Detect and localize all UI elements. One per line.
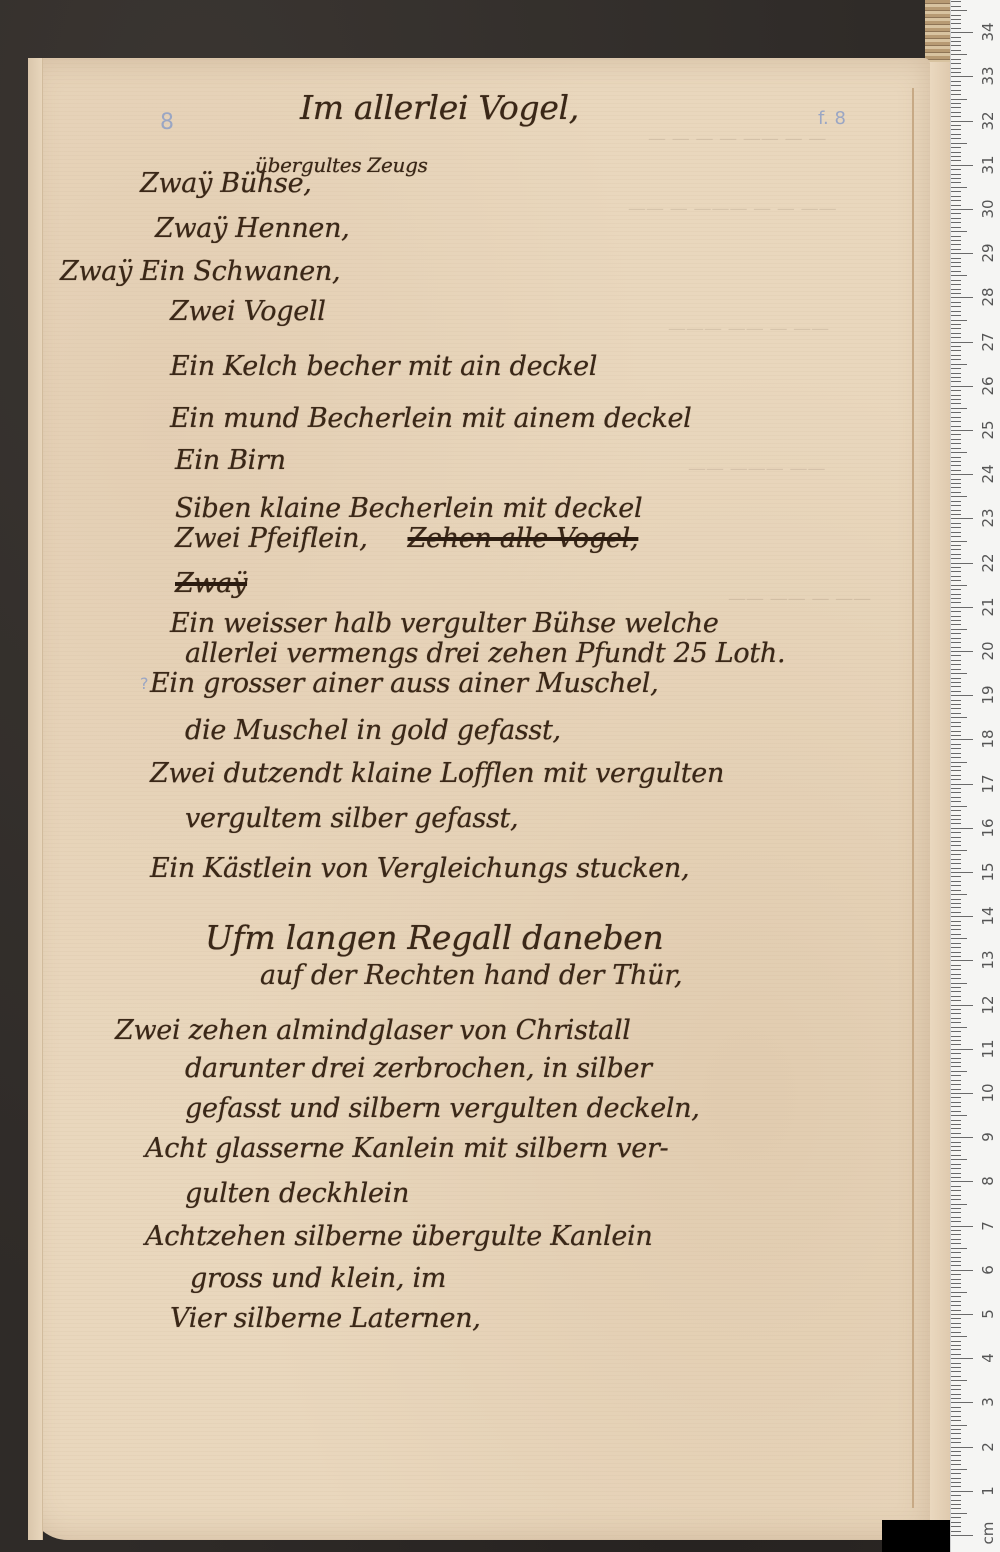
line-text: Ein weisser halb vergulter Bühse welche [170, 608, 719, 639]
manuscript-line: Achtzehen silberne übergulte Kanlein [145, 1221, 652, 1252]
ruler-tick [951, 6, 961, 7]
ruler-tick [951, 726, 961, 727]
ruler-number: 15 [976, 859, 1000, 885]
ruler-tick [951, 863, 961, 864]
ruler-tick [951, 107, 961, 108]
ruler-tick [951, 647, 961, 648]
ruler-tick [951, 1208, 961, 1209]
ruler-tick [951, 200, 961, 201]
ruler-tick [951, 191, 961, 192]
ruler-tick [951, 1071, 967, 1072]
ruler-tick [951, 1407, 961, 1408]
line-text: Acht glasserne Kanlein mit silbern ver- [145, 1133, 668, 1164]
ruler-tick [951, 76, 973, 77]
ruler-tick [951, 916, 973, 917]
manuscript-line: Ein weisser halb vergulter Bühse welche [170, 608, 719, 639]
ruler-tick [951, 585, 967, 586]
ruler-tick [951, 439, 961, 440]
ruler-tick [951, 426, 961, 427]
ruler-tick [951, 1292, 967, 1293]
ruler-tick [951, 1341, 961, 1342]
ruler-tick [951, 1522, 961, 1523]
ruler-tick [951, 1420, 961, 1421]
line-text: Ein Birn [175, 445, 286, 476]
ruler-tick [951, 1204, 967, 1205]
bleed-through-text: —— — ——— — — —— [628, 198, 837, 219]
ruler-number: 7 [976, 1213, 1000, 1239]
ruler-tick [951, 1473, 961, 1474]
ruler-tick [951, 1009, 961, 1010]
ruler-tick [951, 342, 973, 343]
ruler-tick [951, 1248, 967, 1249]
bleed-through-text: —— —— — —— [728, 588, 871, 609]
ruler-tick [951, 28, 961, 29]
page-fold-line [912, 88, 914, 1508]
ruler-tick [951, 152, 961, 153]
ruler-number: 34 [976, 19, 1000, 45]
ruler-tick [951, 1270, 973, 1271]
line-text: Zwei dutzendt klaine Lofflen mit vergult… [150, 758, 724, 789]
ruler-tick [951, 1111, 961, 1112]
ruler-tick [951, 1349, 961, 1350]
ruler-tick [951, 616, 961, 617]
ruler-tick [951, 766, 961, 767]
manuscript-line: Vier silberne Laternen, [170, 1303, 481, 1334]
manuscript-line: gefasst und silbern vergulten deckeln, [185, 1093, 700, 1124]
line-text: vergultem silber gefasst, [185, 803, 518, 834]
ruler-number: 14 [976, 903, 1000, 929]
ruler-tick [951, 1478, 961, 1479]
ruler-tick [951, 81, 961, 82]
ruler-tick [951, 1226, 973, 1227]
line-text: gulten deckhlein [185, 1178, 409, 1209]
ruler-tick [951, 876, 961, 877]
ruler-tick [951, 700, 961, 701]
manuscript-line: auf der Rechten hand der Thür, [260, 960, 682, 991]
ruler-tick [951, 633, 961, 634]
ruler-tick [951, 505, 961, 506]
ruler-tick [951, 328, 961, 329]
ruler-tick [951, 54, 967, 55]
ruler-tick [951, 1150, 961, 1151]
ruler-tick [951, 770, 961, 771]
ruler-tick [951, 359, 961, 360]
ruler-tick [951, 403, 961, 404]
ruler-tick [951, 934, 961, 935]
ruler-tick [951, 293, 961, 294]
ruler-tick [951, 479, 961, 480]
ruler-tick [951, 527, 961, 528]
ruler-tick [951, 302, 961, 303]
ruler-tick [951, 297, 973, 298]
ruler-tick [951, 262, 961, 263]
ruler-tick [951, 1314, 973, 1315]
ruler-tick [951, 470, 961, 471]
ruler-tick [951, 1261, 961, 1262]
ruler-tick [951, 1265, 961, 1266]
ruler-tick [951, 549, 961, 550]
ruler-tick [951, 1495, 961, 1496]
ruler-tick [951, 753, 961, 754]
ruler-tick [951, 563, 973, 564]
ruler-tick [951, 275, 967, 276]
ruler-tick [951, 1106, 961, 1107]
ruler-tick [951, 143, 967, 144]
line-text: Ein Kelch becher mit ain deckel [170, 351, 597, 382]
ruler-tick [951, 859, 961, 860]
ruler-tick [951, 779, 961, 780]
ruler-tick [951, 1243, 961, 1244]
manuscript-line: Zwei Pfeiflein,Zehen alle Vogel, [175, 523, 638, 554]
ruler-tick [951, 461, 961, 462]
line-text: Zwei Vogell [170, 296, 326, 327]
ruler-tick [951, 37, 961, 38]
ruler-tick [951, 1013, 961, 1014]
ruler-tick [951, 103, 961, 104]
ruler-tick [951, 1504, 961, 1505]
ruler-tick [951, 651, 973, 652]
ruler-tick [951, 1336, 967, 1337]
ruler-tick [951, 15, 961, 16]
ruler-tick [951, 289, 961, 290]
ruler-tick [951, 1102, 961, 1103]
ruler-tick [951, 1318, 961, 1319]
ruler-tick [951, 1469, 967, 1470]
ruler-tick [951, 558, 961, 559]
ruler-tick [951, 921, 961, 922]
ruler-tick [951, 1124, 961, 1125]
line-text: darunter drei zerbrochen, in silber [185, 1053, 652, 1084]
ruler-tick [951, 965, 961, 966]
line-text: Vier silberne Laternen, [170, 1303, 481, 1334]
ruler-tick [951, 434, 961, 435]
ruler-tick [951, 1230, 961, 1231]
ruler-tick [951, 1005, 973, 1006]
ruler-tick [951, 1283, 961, 1284]
ruler-tick [951, 510, 961, 511]
ruler-tick [951, 377, 961, 378]
ruler-tick [951, 1455, 961, 1456]
ruler-tick [951, 1089, 961, 1090]
ruler-tick [951, 810, 961, 811]
ruler-tick [951, 90, 961, 91]
ruler-tick [951, 686, 961, 687]
ruler-tick [951, 227, 961, 228]
ruler-tick [951, 682, 961, 683]
ruler-tick [951, 1464, 961, 1465]
ruler-tick [951, 169, 961, 170]
ruler-tick [951, 1133, 961, 1134]
ruler-tick [951, 598, 961, 599]
ruler-tick [951, 430, 973, 431]
ruler-tick [951, 187, 967, 188]
ruler-tick [951, 1535, 973, 1536]
pencil-folio-mark: 8 [160, 110, 174, 135]
ruler-tick [951, 452, 967, 453]
ruler-tick [951, 1115, 967, 1116]
ruler-tick [951, 10, 967, 11]
ruler-tick [951, 514, 961, 515]
ruler-tick [951, 1142, 961, 1143]
ruler-tick [951, 271, 961, 272]
ruler-tick [951, 735, 961, 736]
measurement-ruler: cm 1234567891011121314151617181920212223… [950, 0, 1000, 1552]
ruler-tick [951, 1212, 961, 1213]
ruler-tick [951, 1062, 961, 1063]
ruler-tick [951, 417, 961, 418]
ruler-tick [951, 748, 961, 749]
ruler-tick [951, 541, 967, 542]
ruler-tick [951, 1279, 961, 1280]
ruler-tick [951, 894, 967, 895]
ruler-tick [951, 1429, 961, 1430]
ruler-tick [951, 1049, 973, 1050]
ruler-tick [951, 1137, 973, 1138]
ruler-tick [951, 841, 961, 842]
manuscript-line: Acht glasserne Kanlein mit silbern ver- [145, 1133, 668, 1164]
ruler-tick [951, 1058, 961, 1059]
ruler-tick [951, 1301, 961, 1302]
ruler-tick [951, 854, 961, 855]
ruler-tick [951, 881, 961, 882]
ruler-number: 12 [976, 992, 1000, 1018]
ruler-tick [951, 249, 961, 250]
ruler-tick [951, 1398, 961, 1399]
ruler-tick [951, 806, 967, 807]
ruler-tick [951, 960, 973, 961]
ruler-tick [951, 1084, 961, 1085]
line-text: Ufm langen Regall daneben [205, 918, 663, 957]
ruler-tick [951, 258, 961, 259]
ruler-tick [951, 1036, 961, 1037]
line-text: Ein Kästlein von Vergleichungs stucken, [150, 853, 689, 884]
ruler-number: 29 [976, 240, 1000, 266]
bleed-through-text: ——— —— — —— [668, 318, 829, 339]
ruler-tick [951, 315, 961, 316]
ruler-number: 28 [976, 284, 1000, 310]
ruler-tick [951, 412, 961, 413]
ruler-tick [951, 1460, 961, 1461]
ruler-number: 32 [976, 108, 1000, 134]
ruler-tick [951, 638, 961, 639]
ruler-tick [951, 739, 973, 740]
ruler-tick [951, 518, 973, 519]
ruler-tick [951, 72, 961, 73]
ruler-tick [951, 1177, 961, 1178]
ruler-tick [951, 845, 961, 846]
line-text: Zwaÿ Hennen, [155, 213, 349, 244]
ruler-number: 17 [976, 771, 1000, 797]
ruler-tick [951, 112, 961, 113]
ruler-tick [951, 788, 961, 789]
ruler-tick [951, 32, 973, 33]
ruler-tick [951, 196, 961, 197]
ruler-tick [951, 607, 973, 608]
ruler-tick [951, 903, 961, 904]
ruler-tick [951, 1097, 961, 1098]
ruler-tick [951, 1075, 961, 1076]
ruler-tick [951, 121, 973, 122]
ruler-tick [951, 1447, 973, 1448]
ruler-tick [951, 885, 961, 886]
ruler-tick [951, 602, 961, 603]
manuscript-line: die Muschel in gold gefasst, [185, 715, 561, 746]
ruler-tick [951, 205, 961, 206]
ruler-tick [951, 629, 967, 630]
ruler-tick [951, 85, 961, 86]
ruler-tick [951, 284, 961, 285]
ruler-tick [951, 828, 973, 829]
line-text: Zwei zehen almindglaser von Christall [115, 1015, 631, 1046]
ruler-tick [951, 231, 967, 232]
manuscript-line: Zwei zehen almindglaser von Christall [115, 1015, 631, 1046]
ruler-tick [951, 1526, 961, 1527]
line-text: die Muschel in gold gefasst, [185, 715, 561, 746]
ruler-tick [951, 1164, 961, 1165]
ruler-tick [951, 1354, 961, 1355]
ruler-tick [951, 642, 961, 643]
ruler-tick [951, 253, 973, 254]
ruler-tick [951, 1411, 961, 1412]
ruler-tick [951, 792, 961, 793]
ruler-tick [951, 364, 967, 365]
ruler-tick [951, 1380, 967, 1381]
ruler-tick [951, 496, 967, 497]
scan-corner-block [882, 1520, 950, 1552]
ruler-tick [951, 969, 961, 970]
ruler-tick [951, 1332, 961, 1333]
bleed-through-text: —— ——— —— [688, 458, 825, 479]
ruler-tick [951, 664, 961, 665]
ruler-tick [951, 1500, 961, 1501]
ruler-tick [951, 1252, 961, 1253]
ruler-number: 1 [976, 1478, 1000, 1504]
ruler-tick [951, 311, 961, 312]
ruler-number: 18 [976, 726, 1000, 752]
ruler-tick [951, 1044, 961, 1045]
ruler-number: 5 [976, 1301, 1000, 1327]
ruler-tick [951, 978, 961, 979]
ruler-tick [951, 116, 961, 117]
ruler-tick [951, 850, 967, 851]
manuscript-line: Ein mund Becherlein mit ainem deckel [170, 403, 692, 434]
ruler-tick [951, 483, 961, 484]
ruler-tick [951, 1093, 973, 1094]
ruler-tick [951, 757, 961, 758]
manuscript-line: Zwaÿ Hennen, [155, 213, 349, 244]
ruler-tick [951, 1, 961, 2]
ruler-tick [951, 421, 961, 422]
ruler-tick [951, 474, 973, 475]
ruler-number: 4 [976, 1345, 1000, 1371]
ruler-number: 21 [976, 594, 1000, 620]
ruler-tick [951, 801, 961, 802]
ruler-tick [951, 1022, 961, 1023]
manuscript-line: Ein Kästlein von Vergleichungs stucken, [150, 853, 689, 884]
line-text: Siben klaine Becherlein mit deckel [175, 493, 642, 524]
manuscript-line: Zwaÿ Ein Schwanen, [60, 256, 340, 287]
ruler-number: 19 [976, 682, 1000, 708]
ruler-tick [951, 1221, 961, 1222]
ruler-tick [951, 717, 967, 718]
ruler-tick [951, 160, 961, 161]
ruler-tick [951, 1274, 961, 1275]
ruler-tick [951, 708, 961, 709]
ruler-tick [951, 337, 961, 338]
line-text: Achtzehen silberne übergulte Kanlein [145, 1221, 652, 1252]
ruler-tick [951, 138, 961, 139]
ruler-number: 30 [976, 196, 1000, 222]
ruler-tick [951, 868, 961, 869]
ruler-tick [951, 45, 961, 46]
struck-text: Zehen alle Vogel, [408, 523, 639, 554]
ruler-tick [951, 823, 961, 824]
line-text: Im allerlei Vogel, [300, 88, 579, 127]
ruler-tick [951, 408, 967, 409]
manuscript-line: Siben klaine Becherlein mit deckel [175, 493, 642, 524]
ruler-tick [951, 23, 961, 24]
ruler-tick [951, 929, 961, 930]
ruler-tick [951, 1066, 961, 1067]
ruler-tick [951, 837, 961, 838]
ruler-tick [951, 691, 961, 692]
ruler-tick [951, 99, 967, 100]
ruler-number: 23 [976, 505, 1000, 531]
ruler-tick [951, 952, 961, 953]
ruler-tick [951, 1234, 961, 1235]
ruler-tick [951, 1389, 961, 1390]
ruler-tick [951, 624, 961, 625]
ruler-tick [951, 731, 961, 732]
ruler-tick [951, 1367, 961, 1368]
ruler-tick [951, 1296, 961, 1297]
ruler-tick [951, 1310, 961, 1311]
ruler-number: 16 [976, 815, 1000, 841]
ruler-tick [951, 571, 961, 572]
ruler-tick [951, 1199, 961, 1200]
ruler-tick [951, 1442, 961, 1443]
manuscript-line: Ein grosser ainer auss ainer Muschel, [150, 668, 658, 699]
ruler-tick [951, 174, 961, 175]
margin-pencil-mark: ? [140, 674, 149, 693]
ruler-tick [951, 1120, 961, 1121]
ruler-tick [951, 213, 961, 214]
ruler-tick [951, 350, 961, 351]
ruler-tick [951, 797, 961, 798]
ruler-tick [951, 306, 961, 307]
ruler-tick [951, 536, 961, 537]
ruler-tick [951, 355, 961, 356]
ruler-tick [951, 704, 961, 705]
ruler-number: 31 [976, 152, 1000, 178]
ruler-tick [951, 1482, 961, 1483]
ruler-number: 33 [976, 63, 1000, 89]
ruler-tick [951, 991, 961, 992]
ruler-tick [951, 1186, 961, 1187]
ruler-tick [951, 1018, 961, 1019]
ruler-tick [951, 1168, 961, 1169]
ruler-tick [951, 775, 961, 776]
ruler-tick [951, 1358, 973, 1359]
ruler-tick [951, 222, 961, 223]
ruler-tick [951, 448, 961, 449]
ruler-number: 3 [976, 1389, 1000, 1415]
line-text: gefasst und silbern vergulten deckeln, [185, 1093, 700, 1124]
ruler-tick [951, 1323, 961, 1324]
ruler-tick [951, 320, 967, 321]
ruler-tick [951, 532, 961, 533]
line-text: gross und klein, im [190, 1263, 446, 1294]
